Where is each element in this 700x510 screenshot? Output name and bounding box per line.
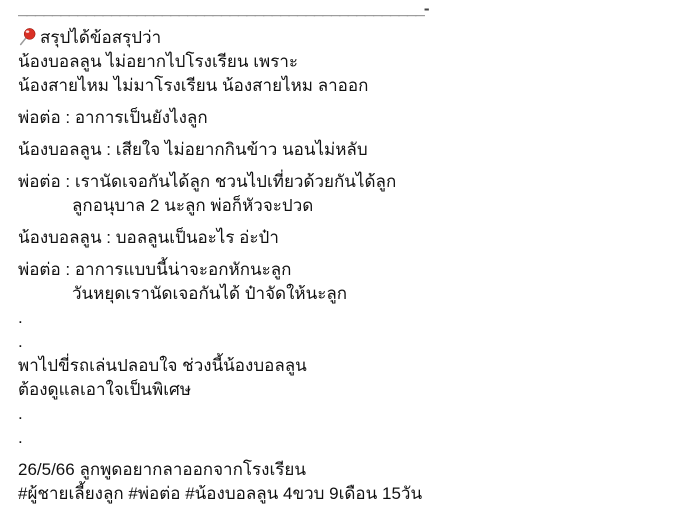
line-text: พ่อต่อ : อาการเป็นยังไงลูก bbox=[18, 108, 208, 127]
paragraph: พ่อต่อ : เรานัดเจอกันได้ลูก ชวนไปเที่ยวด… bbox=[18, 170, 690, 218]
round-pushpin-icon bbox=[18, 27, 38, 47]
pinned-summary-line: สรุปได้ข้อสรุปว่า bbox=[18, 26, 690, 50]
post-line: . bbox=[18, 402, 690, 426]
post-line: พาไปขี่รถเล่นปลอบใจ ช่วงนี้น้องบอลลูน bbox=[18, 354, 690, 378]
line-text: . bbox=[18, 332, 23, 351]
post-content: ________________________________________… bbox=[0, 0, 700, 506]
line-text: 26/5/66 ลูกพูดอยากลาออกจากโรงเรียน bbox=[18, 460, 306, 479]
line-text: สรุปได้ข้อสรุปว่า bbox=[40, 28, 161, 47]
paragraph: 26/5/66 ลูกพูดอยากลาออกจากโรงเรียน#ผู้ชา… bbox=[18, 458, 690, 506]
post-line: ลูกอนุบาล 2 นะลูก พ่อก็หัวจะปวด bbox=[18, 194, 690, 218]
post-line: ต้องดูแลเอาใจเป็นพิเศษ bbox=[18, 378, 690, 402]
paragraph: น้องบอลลูน : บอลลูนเป็นอะไร อ่ะป๋า bbox=[18, 226, 690, 250]
post-line: น้องบอลลูน : เสียใจ ไม่อยากกินข้าว นอนไม… bbox=[18, 138, 690, 162]
line-text: พ่อต่อ : อาการแบบนี้น่าจะอกหักนะลูก bbox=[18, 260, 291, 279]
post-line: พ่อต่อ : เรานัดเจอกันได้ลูก ชวนไปเที่ยวด… bbox=[18, 170, 690, 194]
line-text: น้องบอลลูน ไม่อยากไปโรงเรียน เพราะ bbox=[18, 52, 298, 71]
line-text: . bbox=[18, 308, 23, 327]
paragraph: น้องบอลลูน : เสียใจ ไม่อยากกินข้าว นอนไม… bbox=[18, 138, 690, 162]
post-line: . bbox=[18, 306, 690, 330]
line-text: พาไปขี่รถเล่นปลอบใจ ช่วงนี้น้องบอลลูน bbox=[18, 356, 307, 375]
line-text: พ่อต่อ : เรานัดเจอกันได้ลูก ชวนไปเที่ยวด… bbox=[18, 172, 396, 191]
post-line: #ผู้ชายเลี้ยงลูก #พ่อต่อ #น้องบอลลูน 4ขว… bbox=[18, 482, 690, 506]
line-text: ต้องดูแลเอาใจเป็นพิเศษ bbox=[18, 380, 191, 399]
post-line: . bbox=[18, 426, 690, 450]
separator-line: ________________________________________… bbox=[18, 0, 690, 26]
post-line: 26/5/66 ลูกพูดอยากลาออกจากโรงเรียน bbox=[18, 458, 690, 482]
paragraph: สรุปได้ข้อสรุปว่าน้องบอลลูน ไม่อยากไปโรง… bbox=[18, 26, 690, 98]
paragraph: พ่อต่อ : อาการเป็นยังไงลูก bbox=[18, 106, 690, 130]
line-text: น้องบอลลูน : บอลลูนเป็นอะไร อ่ะป๋า bbox=[18, 228, 279, 247]
post-line: น้องบอลลูน : บอลลูนเป็นอะไร อ่ะป๋า bbox=[18, 226, 690, 250]
post-line: น้องสายไหม ไม่มาโรงเรียน น้องสายไหม ลาออ… bbox=[18, 74, 690, 98]
post-line: น้องบอลลูน ไม่อยากไปโรงเรียน เพราะ bbox=[18, 50, 690, 74]
line-text: . bbox=[18, 404, 23, 423]
line-text: น้องบอลลูน : เสียใจ ไม่อยากกินข้าว นอนไม… bbox=[18, 140, 368, 159]
post-line: วันหยุดเรานัดเจอกันได้ ป๋าจัดให้นะลูก bbox=[18, 282, 690, 306]
paragraph: พ่อต่อ : อาการแบบนี้น่าจะอกหักนะลูกวันหย… bbox=[18, 258, 690, 450]
post-line: . bbox=[18, 330, 690, 354]
post-line: พ่อต่อ : อาการเป็นยังไงลูก bbox=[18, 106, 690, 130]
line-text: ลูกอนุบาล 2 นะลูก พ่อก็หัวจะปวด bbox=[72, 196, 313, 215]
line-text: #ผู้ชายเลี้ยงลูก #พ่อต่อ #น้องบอลลูน 4ขว… bbox=[18, 484, 422, 503]
post-line: พ่อต่อ : อาการแบบนี้น่าจะอกหักนะลูก bbox=[18, 258, 690, 282]
line-text: น้องสายไหม ไม่มาโรงเรียน น้องสายไหม ลาออ… bbox=[18, 76, 368, 95]
line-text: . bbox=[18, 428, 23, 447]
post-body: สรุปได้ข้อสรุปว่าน้องบอลลูน ไม่อยากไปโรง… bbox=[18, 26, 690, 506]
line-text: วันหยุดเรานัดเจอกันได้ ป๋าจัดให้นะลูก bbox=[72, 284, 347, 303]
